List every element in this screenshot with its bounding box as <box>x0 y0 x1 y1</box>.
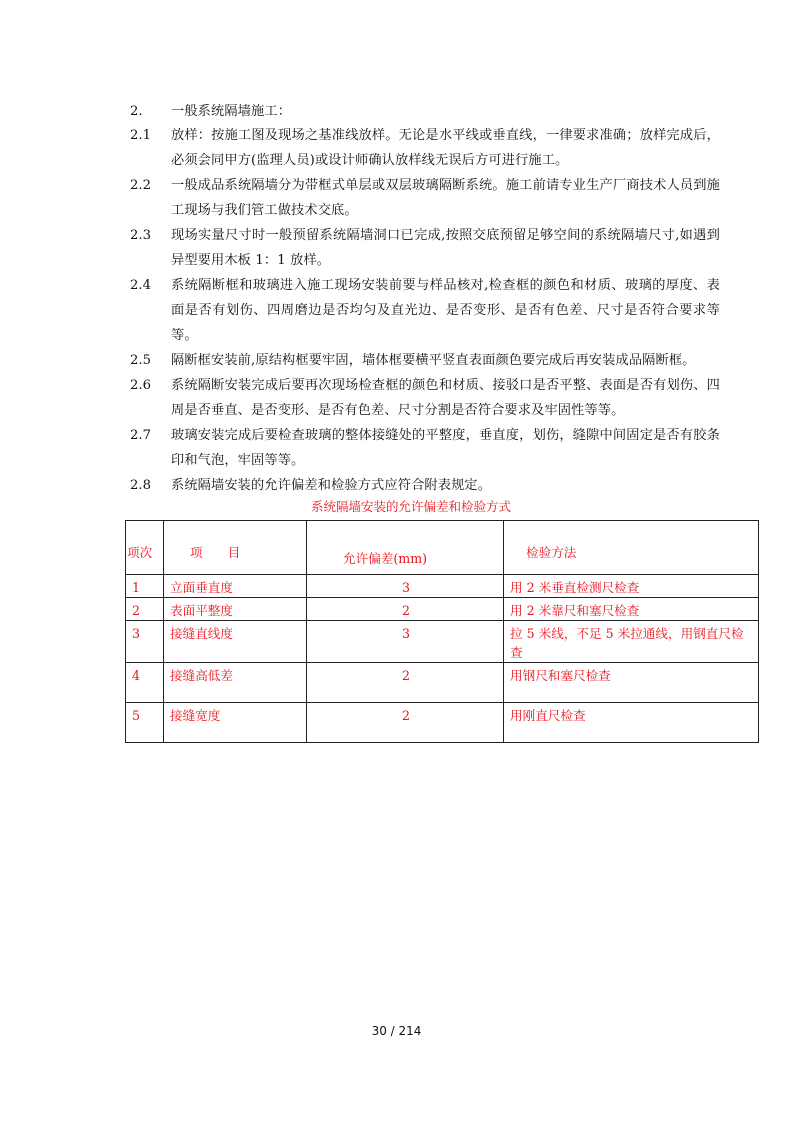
table-caption: 系统隔墙安装的允许偏差和检验方式 <box>125 497 697 517</box>
cell-index: 4 <box>126 663 164 703</box>
page-number: 30 / 214 <box>0 1024 793 1038</box>
item-text: 隔断框安装前,原结构框要牢固，墙体框要横平竖直表面颜色要完成后再安装成品隔断框。 <box>171 348 720 373</box>
cell-index: 5 <box>126 703 164 743</box>
cell-method: 用刚直尺检查 <box>504 703 759 743</box>
section-heading: 2. 一般系统隔墙施工： <box>130 99 720 124</box>
cell-method: 拉 5 米线，不足 5 米拉通线，用钢直尺检查 <box>504 621 759 663</box>
tolerance-table: 项次 项 目 允许偏差(mm) 检验方法 1 立面垂直度 3 用 2 米垂直检测… <box>125 520 759 743</box>
header-label: 允许偏差(mm) <box>343 551 427 566</box>
item-text: 现场实量尺寸时一般预留系统隔墙洞口已完成,按照交底预留足够空间的系统隔墙尺寸,如… <box>171 223 720 273</box>
cell-item: 表面平整度 <box>164 598 307 621</box>
cell-index: 2 <box>126 598 164 621</box>
header-tolerance: 允许偏差(mm) <box>307 521 504 575</box>
item-number: 2.1 <box>130 123 168 148</box>
header-label: 项次 <box>127 545 152 560</box>
cell-index: 1 <box>126 575 164 598</box>
cell-method: 用 2 米靠尺和塞尺检查 <box>504 598 759 621</box>
cell-tolerance: 2 <box>307 663 504 703</box>
item-text: 系统隔墙安装的允许偏差和检验方式应符合附表规定。 <box>171 473 720 498</box>
cell-tolerance: 2 <box>307 703 504 743</box>
table-row: 5 接缝宽度 2 用刚直尺检查 <box>126 703 759 743</box>
cell-item: 接缝直线度 <box>164 621 307 663</box>
header-label: 项 目 <box>190 545 240 560</box>
table-row: 2 表面平整度 2 用 2 米靠尺和塞尺检查 <box>126 598 759 621</box>
header-index: 项次 <box>126 521 164 575</box>
header-method: 检验方法 <box>504 521 759 575</box>
item-2-8: 2.8 系统隔墙安装的允许偏差和检验方式应符合附表规定。 <box>130 473 720 498</box>
section-title: 一般系统隔墙施工： <box>171 99 720 124</box>
item-number: 2.2 <box>130 173 168 198</box>
item-text: 系统隔断安装完成后要再次现场检查框的颜色和材质、接驳口是否平整、表面是否有划伤、… <box>171 373 720 423</box>
item-number: 2.8 <box>130 473 168 498</box>
item-2-5: 2.5 隔断框安装前,原结构框要牢固，墙体框要横平竖直表面颜色要完成后再安装成品… <box>130 348 720 373</box>
item-number: 2.3 <box>130 223 168 248</box>
item-2-4: 2.4 系统隔断框和玻璃进入施工现场安装前要与样品核对,检查框的颜色和材质、玻璃… <box>130 273 720 348</box>
item-number: 2.4 <box>130 273 168 298</box>
table-header-row: 项次 项 目 允许偏差(mm) 检验方法 <box>126 521 759 575</box>
item-2-2: 2.2 一般成品系统隔墙分为带框式单层或双层玻璃隔断系统。施工前请专业生产厂商技… <box>130 173 720 223</box>
item-2-7: 2.7 玻璃安装完成后要检查玻璃的整体接缝处的平整度，垂直度，划伤，缝隙中间固定… <box>130 423 720 473</box>
cell-method: 用钢尺和塞尺检查 <box>504 663 759 703</box>
cell-tolerance: 3 <box>307 621 504 663</box>
table-row: 1 立面垂直度 3 用 2 米垂直检测尺检查 <box>126 575 759 598</box>
cell-item: 接缝宽度 <box>164 703 307 743</box>
table-row: 3 接缝直线度 3 拉 5 米线，不足 5 米拉通线，用钢直尺检查 <box>126 621 759 663</box>
item-number: 2.7 <box>130 423 168 448</box>
section-number: 2. <box>130 99 168 124</box>
cell-tolerance: 2 <box>307 598 504 621</box>
cell-method: 用 2 米垂直检测尺检查 <box>504 575 759 598</box>
cell-tolerance: 3 <box>307 575 504 598</box>
table-row: 4 接缝高低差 2 用钢尺和塞尺检查 <box>126 663 759 703</box>
item-text: 一般成品系统隔墙分为带框式单层或双层玻璃隔断系统。施工前请专业生产厂商技术人员到… <box>171 173 720 223</box>
item-text: 放样：按施工图及现场之基准线放样。无论是水平线或垂直线，一律要求准确；放样完成后… <box>171 123 720 173</box>
cell-item: 立面垂直度 <box>164 575 307 598</box>
item-number: 2.6 <box>130 373 168 398</box>
item-2-3: 2.3 现场实量尺寸时一般预留系统隔墙洞口已完成,按照交底预留足够空间的系统隔墙… <box>130 223 720 273</box>
cell-index: 3 <box>126 621 164 663</box>
item-2-6: 2.6 系统隔断安装完成后要再次现场检查框的颜色和材质、接驳口是否平整、表面是否… <box>130 373 720 423</box>
header-label: 检验方法 <box>526 545 576 560</box>
cell-item: 接缝高低差 <box>164 663 307 703</box>
item-number: 2.5 <box>130 348 168 373</box>
header-item: 项 目 <box>164 521 307 575</box>
item-text: 系统隔断框和玻璃进入施工现场安装前要与样品核对,检查框的颜色和材质、玻璃的厚度、… <box>171 273 720 348</box>
item-2-1: 2.1 放样：按施工图及现场之基准线放样。无论是水平线或垂直线，一律要求准确；放… <box>130 123 720 173</box>
item-text: 玻璃安装完成后要检查玻璃的整体接缝处的平整度，垂直度，划伤，缝隙中间固定是否有胶… <box>171 423 720 473</box>
